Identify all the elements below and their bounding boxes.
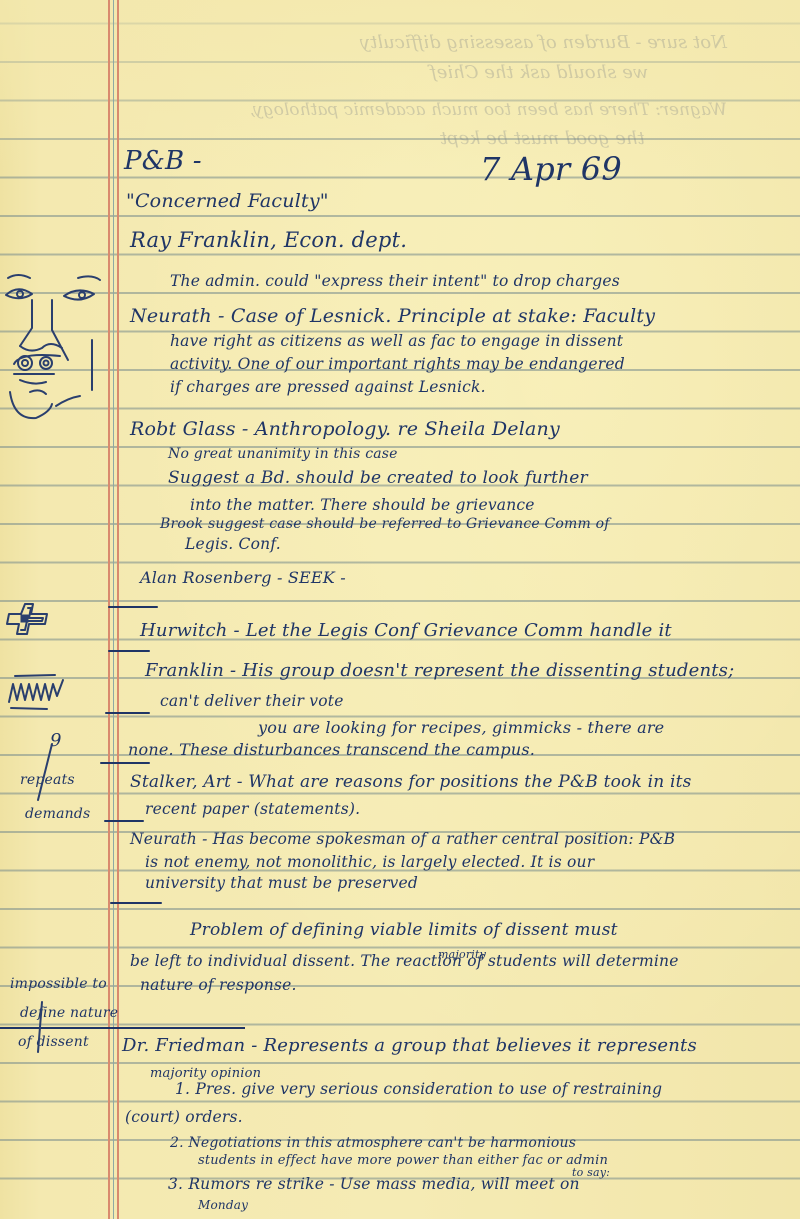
note-hurwitch: Hurwitch - Let the Legis Conf Grievance … (140, 620, 672, 641)
separator-dash (105, 712, 150, 714)
margin-line-blue (113, 0, 115, 1219)
note-friedman-2: majority opinion (150, 1066, 261, 1081)
note-stalker-2: recent paper (statements). (145, 800, 360, 818)
note-friedman-4: (court) orders. (125, 1108, 243, 1126)
note-glass-5: Brook suggest case should be referred to… (160, 516, 610, 532)
note-franklin-intro: Ray Franklin, Econ. dept. (130, 228, 407, 252)
note-glass-1: Robt Glass - Anthropology. re Sheila Del… (130, 418, 560, 440)
note-neurath-7: university that must be preserved (145, 874, 418, 892)
margin-line-red-left (108, 0, 110, 1219)
separator-dash (108, 650, 150, 652)
note-friedman-8: Monday (198, 1198, 248, 1212)
note-friedman-5: 2. Negotiations in this atmosphere can't… (170, 1135, 576, 1151)
note-neurath-1: Neurath - Case of Lesnick. Principle at … (130, 305, 655, 327)
margin-line-red-right (117, 0, 119, 1219)
margin-bracket-stroke (20, 740, 60, 810)
bleed-through-line-2: we should ask the Chief (430, 62, 648, 83)
note-problem-1: Problem of defining viable limits of dis… (190, 920, 618, 940)
margin-stroke (20, 1000, 60, 1060)
note-neurath-4: if charges are pressed against Lesnick. (170, 378, 486, 396)
note-franklin-3: can't deliver their vote (160, 692, 344, 710)
cross-doodle (3, 600, 53, 642)
note-neurath-3: activity. One of our important rights ma… (170, 355, 625, 373)
note-franklin-5: none. These disturbances transcend the c… (128, 740, 535, 759)
bleed-through-line-4: the good must be kept (440, 128, 645, 149)
notes-page: Not sure - Burden of assessing difficult… (0, 0, 800, 1219)
note-stalker-1: Stalker, Art - What are reasons for posi… (130, 772, 692, 792)
zigzag-doodle (5, 670, 65, 715)
note-rosenberg: Alan Rosenberg - SEEK - (140, 568, 346, 587)
note-concerned-faculty: "Concerned Faculty" (126, 190, 329, 212)
face-doodle (0, 270, 110, 430)
faded-top-area (0, 0, 800, 170)
note-friedman-1: Dr. Friedman - Represents a group that b… (122, 1035, 697, 1056)
separator-dash (108, 606, 158, 608)
note-glass-6: Legis. Conf. (185, 535, 281, 553)
bleed-through-line-3: Wagner: There has been too much academic… (250, 100, 727, 120)
separator-dash (110, 902, 162, 904)
separator-dash (100, 762, 150, 764)
note-glass-2: No great unanimity in this case (168, 446, 398, 462)
note-neurath-2: have right as citizens as well as fac to… (170, 332, 623, 350)
note-friedman-3: 1. Pres. give very serious consideration… (175, 1080, 662, 1098)
note-glass-3: Suggest a Bd. should be created to look … (168, 468, 588, 488)
note-neurath-6: is not enemy, not monolithic, is largely… (145, 853, 594, 871)
note-problem-2: be left to individual dissent. The react… (130, 952, 679, 970)
date: 7 Apr 69 (480, 150, 622, 188)
note-neurath-5: Neurath - Has become spokesman of a rath… (130, 830, 675, 848)
note-franklin-4: you are looking for recipes, gimmicks - … (258, 718, 664, 737)
margin-note-impossible: impossible to (10, 976, 107, 992)
separator-dash (104, 820, 144, 822)
note-franklin-2: Franklin - His group doesn't represent t… (145, 660, 734, 681)
note-franklin-1: The admin. could "express their intent" … (170, 272, 620, 290)
bleed-through-line-1: Not sure - Burden of assessing difficult… (360, 32, 727, 53)
note-friedman-7: 3. Rumors re strike - Use mass media, wi… (168, 1175, 580, 1193)
note-problem-3: nature of response. (140, 976, 297, 994)
note-friedman-6: students in effect have more power than … (198, 1153, 608, 1168)
note-glass-4: into the matter. There should be grievan… (190, 496, 535, 514)
heading-pb: P&B - (124, 146, 202, 176)
